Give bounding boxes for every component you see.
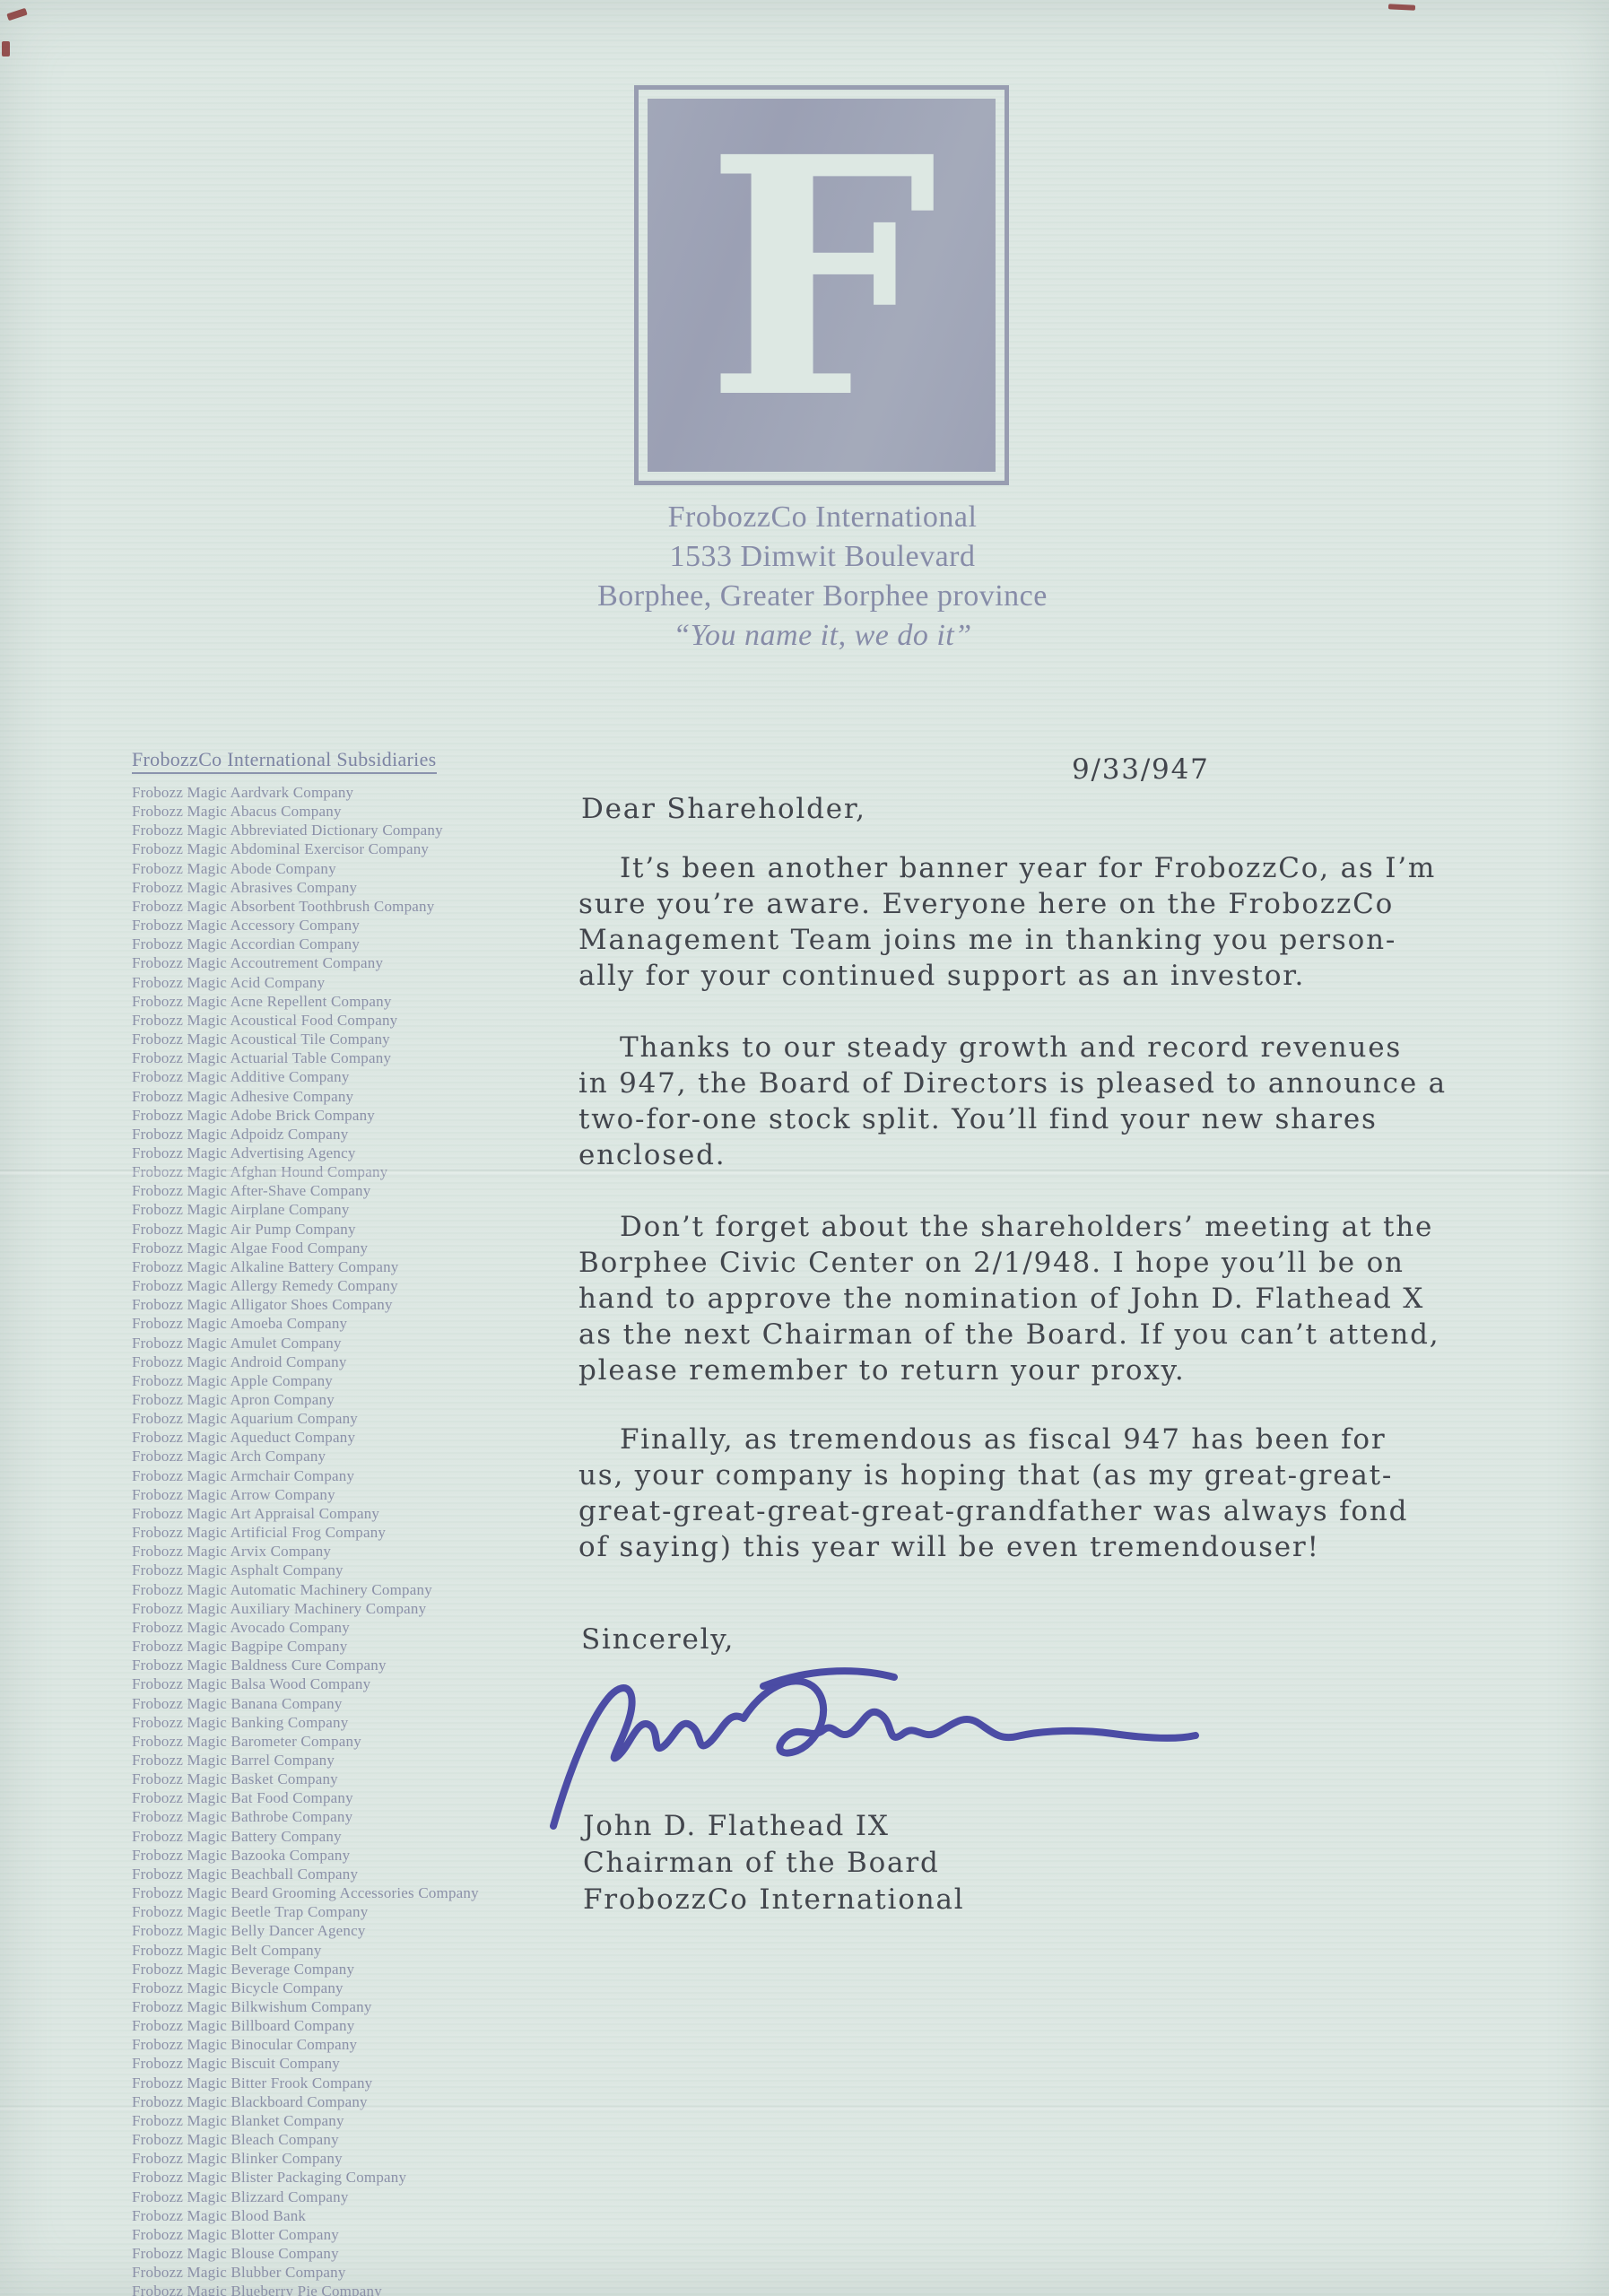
address-line-1: 1533 Dimwit Boulevard (410, 537, 1235, 577)
subsidiary-item: Frobozz Magic Bleach Company (132, 2130, 562, 2149)
subsidiary-item: Frobozz Magic Aquarium Company (132, 1409, 562, 1428)
subsidiary-item: Frobozz Magic Adobe Brick Company (132, 1106, 562, 1125)
subsidiaries-title: FrobozzCo International Subsidiaries (132, 748, 437, 774)
signature (543, 1639, 1251, 1832)
subsidiary-item: Frobozz Magic Accoutrement Company (132, 953, 562, 972)
subsidiary-item: Frobozz Magic Biscuit Company (132, 2054, 562, 2073)
subsidiary-item: Frobozz Magic Aardvark Company (132, 783, 562, 802)
subsidiary-item: Frobozz Magic Apron Company (132, 1390, 562, 1409)
subsidiary-item: Frobozz Magic Adpoidz Company (132, 1125, 562, 1144)
subsidiary-item: Frobozz Magic Accordian Company (132, 935, 562, 953)
signer-block: John D. Flathead IX Chairman of the Boar… (583, 1808, 964, 1918)
subsidiary-item: Frobozz Magic Acid Company (132, 973, 562, 992)
subsidiary-item: Frobozz Magic Acoustical Food Company (132, 1011, 562, 1030)
subsidiary-item: Frobozz Magic Algae Food Company (132, 1239, 562, 1257)
subsidiary-item: Frobozz Magic Alligator Shoes Company (132, 1295, 562, 1314)
subsidiary-item: Frobozz Magic Banana Company (132, 1694, 562, 1713)
subsidiary-item: Frobozz Magic Absorbent Toothbrush Compa… (132, 897, 562, 916)
subsidiary-item: Frobozz Magic Apple Company (132, 1371, 562, 1390)
subsidiary-item: Frobozz Magic Blood Bank (132, 2206, 562, 2225)
signer-company: FrobozzCo International (583, 1882, 964, 1918)
paragraph-3: Don’t forget about the shareholders’ mee… (578, 1209, 1570, 1388)
subsidiary-item: Frobozz Magic Acne Repellent Company (132, 992, 562, 1011)
subsidiary-item: Frobozz Magic Avocado Company (132, 1618, 562, 1637)
letter-date: 9/33/947 (1072, 752, 1210, 787)
subsidiary-item: Frobozz Magic Aqueduct Company (132, 1428, 562, 1447)
subsidiary-item: Frobozz Magic Bathrobe Company (132, 1807, 562, 1826)
subsidiary-item: Frobozz Magic Blister Packaging Company (132, 2168, 562, 2187)
subsidiary-item: Frobozz Magic Afghan Hound Company (132, 1162, 562, 1181)
subsidiary-item: Frobozz Magic Art Appraisal Company (132, 1504, 562, 1523)
subsidiary-item: Frobozz Magic Blanket Company (132, 2111, 562, 2130)
subsidiary-item: Frobozz Magic Advertising Agency (132, 1144, 562, 1162)
subsidiary-item: Frobozz Magic Abode Company (132, 859, 562, 878)
paragraph-1: It’s been another banner year for Froboz… (578, 850, 1570, 994)
subsidiary-item: Frobozz Magic Arrow Company (132, 1485, 562, 1504)
subsidiary-item: Frobozz Magic Arvix Company (132, 1542, 562, 1561)
subsidiary-item: Frobozz Magic Airplane Company (132, 1200, 562, 1219)
signer-name: John D. Flathead IX (583, 1808, 964, 1845)
subsidiary-item: Frobozz Magic Actuarial Table Company (132, 1048, 562, 1067)
subsidiary-item: Frobozz Magic Bicycle Company (132, 1979, 562, 1997)
company-name: FrobozzCo International (410, 498, 1235, 537)
subsidiary-item: Frobozz Magic Barometer Company (132, 1732, 562, 1751)
subsidiary-item: Frobozz Magic Arch Company (132, 1447, 562, 1465)
subsidiary-item: Frobozz Magic Automatic Machinery Compan… (132, 1580, 562, 1599)
letter-page: F FrobozzCo International 1533 Dimwit Bo… (0, 0, 1609, 2296)
subsidiary-item: Frobozz Magic Allergy Remedy Company (132, 1276, 562, 1295)
subsidiary-item: Frobozz Magic Auxiliary Machinery Compan… (132, 1599, 562, 1618)
signer-title: Chairman of the Board (583, 1845, 964, 1882)
subsidiary-item: Frobozz Magic Additive Company (132, 1067, 562, 1086)
subsidiary-item: Frobozz Magic Beetle Trap Company (132, 1902, 562, 1921)
scan-mark (2, 41, 10, 57)
subsidiary-item: Frobozz Magic Armchair Company (132, 1466, 562, 1485)
subsidiary-item: Frobozz Magic Battery Company (132, 1827, 562, 1846)
subsidiary-item: Frobozz Magic Belly Dancer Agency (132, 1921, 562, 1940)
subsidiary-item: Frobozz Magic Artificial Frog Company (132, 1523, 562, 1542)
subsidiary-item: Frobozz Magic Balsa Wood Company (132, 1674, 562, 1693)
company-logo: F (634, 85, 1009, 485)
subsidiary-item: Frobozz Magic Blinker Company (132, 2149, 562, 2168)
subsidiary-item: Frobozz Magic Belt Company (132, 1941, 562, 1960)
subsidiary-item: Frobozz Magic Blotter Company (132, 2225, 562, 2244)
subsidiary-item: Frobozz Magic Amoeba Company (132, 1314, 562, 1333)
subsidiary-item: Frobozz Magic Bitter Frook Company (132, 2074, 562, 2092)
subsidiary-item: Frobozz Magic Bat Food Company (132, 1788, 562, 1807)
subsidiary-item: Frobozz Magic Adhesive Company (132, 1087, 562, 1106)
subsidiary-item: Frobozz Magic Android Company (132, 1352, 562, 1371)
subsidiary-item: Frobozz Magic Abdominal Exercisor Compan… (132, 839, 562, 858)
company-tagline: “You name it, we do it” (410, 616, 1235, 656)
salutation: Dear Shareholder, (581, 791, 866, 827)
subsidiary-item: Frobozz Magic Abrasives Company (132, 878, 562, 897)
subsidiary-item: Frobozz Magic Blizzard Company (132, 2187, 562, 2206)
subsidiary-item: Frobozz Magic Beard Grooming Accessories… (132, 1883, 562, 1902)
subsidiary-item: Frobozz Magic Blackboard Company (132, 2092, 562, 2111)
address-line-2: Borphee, Greater Borphee province (410, 577, 1235, 616)
subsidiary-item: Frobozz Magic Binocular Company (132, 2035, 562, 2054)
paragraph-2: Thanks to our steady growth and record r… (578, 1030, 1570, 1173)
scan-mark (6, 8, 27, 21)
subsidiary-item: Frobozz Magic Air Pump Company (132, 1220, 562, 1239)
scan-mark (1388, 4, 1415, 11)
paragraph-4: Finally, as tremendous as fiscal 947 has… (578, 1422, 1570, 1565)
subsidiary-item: Frobozz Magic Bagpipe Company (132, 1637, 562, 1656)
subsidiary-item: Frobozz Magic Bazooka Company (132, 1846, 562, 1865)
subsidiary-item: Frobozz Magic Baldness Cure Company (132, 1656, 562, 1674)
subsidiary-item: Frobozz Magic Alkaline Battery Company (132, 1257, 562, 1276)
subsidiary-item: Frobozz Magic Billboard Company (132, 2016, 562, 2035)
letterhead: FrobozzCo International 1533 Dimwit Boul… (410, 498, 1235, 656)
subsidiary-item: Frobozz Magic Accessory Company (132, 916, 562, 935)
subsidiary-item: Frobozz Magic Blueberry Pie Company (132, 2282, 562, 2296)
subsidiary-item: Frobozz Magic Blouse Company (132, 2244, 562, 2263)
subsidiaries-list: Frobozz Magic Aardvark CompanyFrobozz Ma… (132, 783, 562, 2296)
subsidiary-item: Frobozz Magic Asphalt Company (132, 1561, 562, 1579)
logo-letter-f: F (705, 115, 937, 442)
subsidiary-item: Frobozz Magic Beachball Company (132, 1865, 562, 1883)
subsidiary-item: Frobozz Magic Basket Company (132, 1770, 562, 1788)
subsidiary-item: Frobozz Magic Blubber Company (132, 2263, 562, 2282)
subsidiary-item: Frobozz Magic Amulet Company (132, 1334, 562, 1352)
subsidiary-item: Frobozz Magic Banking Company (132, 1713, 562, 1732)
subsidiary-item: Frobozz Magic After-Shave Company (132, 1181, 562, 1200)
subsidiary-item: Frobozz Magic Barrel Company (132, 1751, 562, 1770)
subsidiary-item: Frobozz Magic Abacus Company (132, 802, 562, 821)
subsidiary-item: Frobozz Magic Bilkwishum Company (132, 1997, 562, 2016)
subsidiary-item: Frobozz Magic Beverage Company (132, 1960, 562, 1979)
logo-square: F (648, 99, 996, 472)
subsidiary-item: Frobozz Magic Abbreviated Dictionary Com… (132, 821, 562, 839)
subsidiary-item: Frobozz Magic Acoustical Tile Company (132, 1030, 562, 1048)
